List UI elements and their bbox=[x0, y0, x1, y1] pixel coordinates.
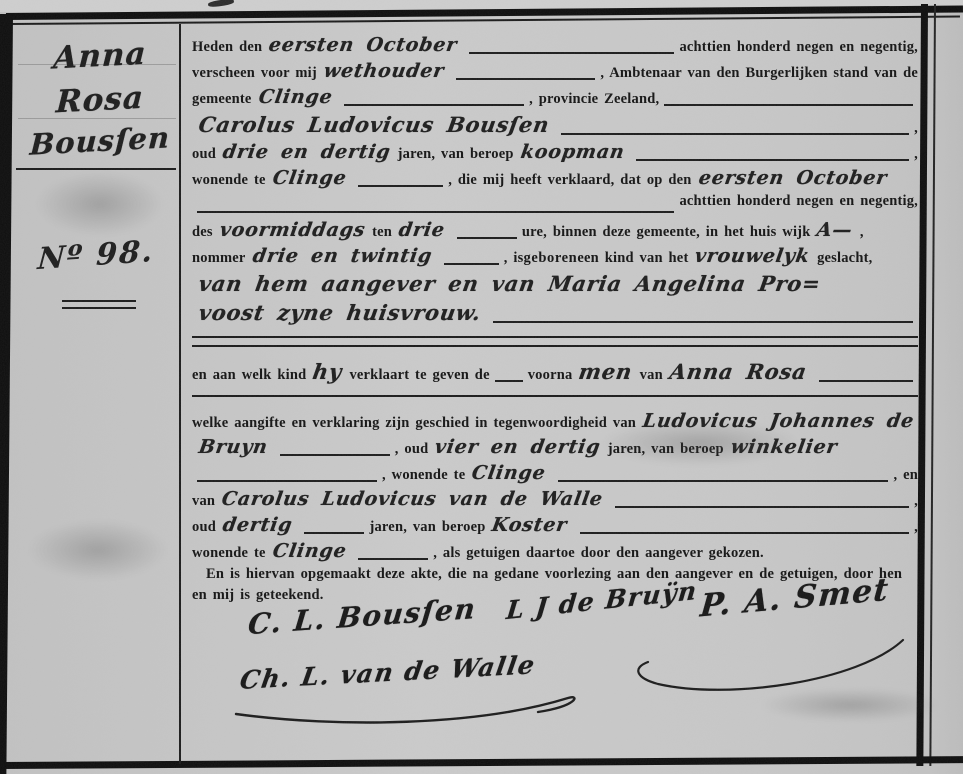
printed-text: geslacht, bbox=[817, 250, 872, 267]
section-divider bbox=[192, 395, 918, 397]
printed-text: , bbox=[914, 519, 918, 536]
margin-column: Anna Rosa Bousſen Nº 98. bbox=[14, 26, 178, 762]
handwritten-text: drie en dertig bbox=[221, 141, 392, 163]
handwritten-text: koopman bbox=[519, 141, 626, 163]
printed-text: en aan welk kind bbox=[192, 367, 306, 384]
printed-text: , en bbox=[893, 467, 918, 484]
printed-text: verscheen voor mij bbox=[192, 65, 317, 82]
bleed-through-smudge bbox=[36, 172, 164, 236]
printed-text: oud bbox=[192, 146, 216, 163]
form-line: desvoormiddagstendrieure, binnen deze ge… bbox=[192, 219, 918, 245]
blank-filler-rule bbox=[664, 103, 913, 106]
printed-text: wonende te bbox=[192, 172, 266, 189]
printed-text: , oud bbox=[395, 441, 429, 458]
blank-filler-rule bbox=[561, 132, 909, 135]
printed-text: , als getuigen daartoe door den aangever… bbox=[433, 545, 764, 562]
printed-text: , wonende te bbox=[382, 467, 465, 484]
handwritten-text: dertig bbox=[221, 514, 294, 536]
handwritten-text: Clinge bbox=[271, 167, 348, 189]
form-line: achttien honderd negen en negentig, bbox=[192, 193, 918, 219]
bleed-through-smudge bbox=[760, 688, 940, 722]
printed-text: geboren bbox=[523, 250, 577, 267]
form-line: voost zyne huisvrouw. bbox=[192, 300, 918, 329]
handwritten-text: men bbox=[577, 359, 634, 384]
blank-filler-rule bbox=[819, 379, 913, 382]
blank-filler-rule bbox=[197, 479, 377, 482]
printed-text: een kind van het bbox=[577, 250, 688, 267]
printed-text: nommer bbox=[192, 250, 246, 267]
printed-text: jaren, van beroep bbox=[398, 146, 514, 163]
printed-text: oud bbox=[192, 519, 216, 536]
act-number: Nº 98. bbox=[13, 232, 179, 279]
bleed-through-smudge bbox=[600, 420, 800, 466]
blank-filler-rule bbox=[444, 262, 499, 265]
right-border-thin-line bbox=[929, 4, 936, 766]
blank-filler-rule bbox=[457, 236, 517, 239]
form-line: Carolus Ludovicus Bousſen, bbox=[192, 112, 918, 141]
handwritten-text: Clinge bbox=[471, 462, 548, 484]
handwritten-text: eersten October bbox=[697, 167, 889, 189]
right-border-line bbox=[916, 4, 928, 766]
printed-text: achttien honderd negen en negentig, bbox=[679, 39, 918, 56]
printed-text: van bbox=[192, 493, 215, 510]
blank-filler-rule bbox=[280, 453, 390, 456]
birth-certificate-scan: Anna Rosa Bousſen Nº 98. Heden deneerste… bbox=[0, 0, 963, 774]
blank-filler-rule bbox=[358, 557, 428, 560]
form-line: van hem aangever en van Maria Angelina P… bbox=[192, 271, 918, 300]
handwritten-text: A— bbox=[816, 219, 855, 241]
handwritten-text: drie bbox=[397, 219, 446, 241]
form-line: ouddertigjaren, van beroepKoster, bbox=[192, 514, 918, 540]
printed-text: des bbox=[192, 224, 213, 241]
handwritten-text: vrouwelyk bbox=[694, 245, 812, 267]
printed-text: jaren, van beroep bbox=[369, 519, 485, 536]
printed-text: van bbox=[640, 367, 663, 384]
printed-text: , bbox=[914, 120, 918, 137]
printed-text: welke aangifte en verklaring zijn geschi… bbox=[192, 415, 636, 432]
blank-filler-rule bbox=[469, 51, 674, 54]
form-line: vanCarolus Ludovicus van de Walle, bbox=[192, 488, 918, 514]
blank-filler-rule bbox=[580, 531, 910, 534]
form-line: welke aangifte en verklaring zijn geschi… bbox=[192, 410, 918, 436]
blank-filler-rule bbox=[304, 531, 364, 534]
printed-text: ure, binnen deze gemeente, in het huis w… bbox=[522, 224, 811, 241]
printed-text: , provincie Zeeland, bbox=[529, 91, 659, 108]
handwritten-text: Clinge bbox=[257, 86, 334, 108]
handwritten-text: Anna Rosa bbox=[668, 359, 809, 384]
handwritten-text: van hem aangever en van Maria Angelina P… bbox=[197, 271, 823, 296]
blank-filler-rule bbox=[197, 210, 674, 213]
left-border-line bbox=[0, 14, 13, 774]
margin-child-name-line2: Rosa bbox=[21, 78, 179, 122]
blank-filler-rule bbox=[495, 379, 523, 382]
blank-filler-rule bbox=[493, 320, 913, 323]
printed-text: , die mij heeft verklaard, dat op den bbox=[448, 172, 691, 189]
handwritten-text: wethouder bbox=[322, 60, 446, 82]
printed-text: en mij is geteekend. bbox=[192, 587, 324, 604]
printed-text: , bbox=[860, 224, 864, 241]
form-line: gemeenteClinge, provincie Zeeland, bbox=[192, 86, 918, 112]
handwritten-text: eersten October bbox=[268, 34, 460, 56]
printed-text: achttien honderd negen en negentig, bbox=[679, 193, 918, 210]
form-line: nommerdrie en twintig, isgeboreneen kind… bbox=[192, 245, 918, 271]
form-line: ouddrie en dertigjaren, van beroepkoopma… bbox=[192, 141, 918, 167]
printed-text: Heden den bbox=[192, 39, 262, 56]
form-line: wonende teClinge, als getuigen daartoe d… bbox=[192, 540, 918, 566]
printed-text: ten bbox=[372, 224, 392, 241]
printed-text: , is bbox=[504, 250, 524, 267]
handwritten-text: drie en twintig bbox=[251, 245, 434, 267]
margin-separator-line bbox=[179, 24, 181, 764]
printed-text: wonende te bbox=[192, 545, 266, 562]
handwritten-text: voost zyne huisvrouw. bbox=[197, 300, 483, 325]
form-line: , wonende teClinge, en bbox=[192, 462, 918, 488]
handwritten-text: vier en dertig bbox=[434, 436, 603, 458]
blank-filler-rule bbox=[558, 479, 889, 482]
printed-text: voorna bbox=[528, 367, 573, 384]
form-line: wonende teClinge, die mij heeft verklaar… bbox=[192, 167, 918, 193]
handwritten-text: Carolus Ludovicus Bousſen bbox=[197, 112, 551, 137]
handwritten-text: hy bbox=[311, 359, 344, 384]
printed-text: , bbox=[914, 493, 918, 510]
act-number-underline bbox=[62, 300, 136, 309]
form-line: Bruyn, oudvier en dertigjaren, van beroe… bbox=[192, 436, 918, 462]
handwritten-text: Bruyn bbox=[197, 436, 269, 458]
form-line: en aan welk kindhyverklaart te geven dev… bbox=[192, 359, 918, 388]
margin-child-name-line3: Bousſen bbox=[21, 120, 179, 162]
handwritten-text: Koster bbox=[491, 514, 570, 536]
section-divider bbox=[192, 336, 918, 347]
printed-text: , bbox=[914, 146, 918, 163]
body-lines: Heden deneersten Octoberachttien honderd… bbox=[192, 34, 918, 608]
blank-filler-rule bbox=[615, 505, 909, 508]
blank-filler-rule bbox=[636, 158, 909, 161]
blank-filler-rule bbox=[456, 77, 595, 80]
margin-child-name-line1: Anna bbox=[21, 34, 179, 78]
printed-text: gemeente bbox=[192, 91, 252, 108]
printed-text: verklaart te geven de bbox=[349, 367, 489, 384]
form-line: Heden deneersten Octoberachttien honderd… bbox=[192, 34, 918, 60]
handwritten-text: Carolus Ludovicus van de Walle bbox=[220, 488, 604, 510]
form-line: verscheen voor mijwethouder, Ambtenaar v… bbox=[192, 60, 918, 86]
handwritten-text: Clinge bbox=[271, 540, 348, 562]
margin-rule bbox=[16, 168, 176, 170]
printed-text: , Ambtenaar van den Burgerlijken stand v… bbox=[600, 65, 918, 82]
blank-filler-rule bbox=[358, 184, 443, 187]
bleed-through-smudge bbox=[28, 520, 168, 580]
blank-filler-rule bbox=[344, 103, 524, 106]
handwritten-text: voormiddags bbox=[218, 219, 367, 241]
signature-flourish-witness-2 bbox=[228, 686, 598, 731]
